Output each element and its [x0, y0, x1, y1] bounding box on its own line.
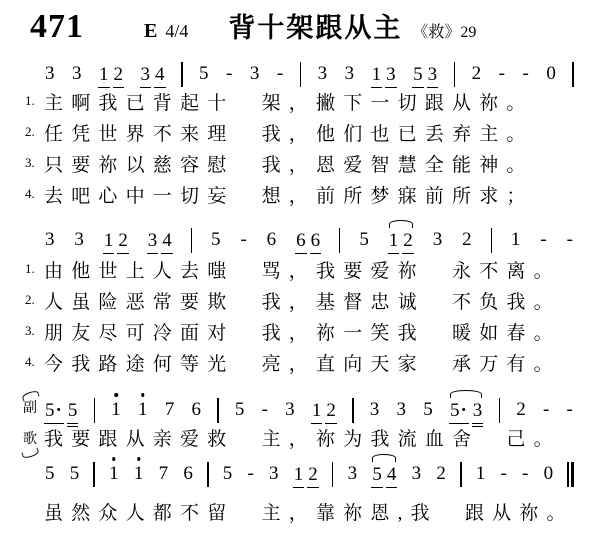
beat-unit [572, 62, 574, 88]
note: 1 [311, 400, 323, 425]
note: 1 [98, 64, 110, 89]
dash: - [498, 63, 506, 88]
note: 3 [147, 230, 159, 255]
beat-unit: - [498, 63, 506, 88]
note: 2 [435, 463, 447, 488]
barline [572, 62, 574, 87]
note: 3 [347, 463, 359, 488]
header: 471 E 4/4 背十架跟从主 《救》29 [30, 6, 588, 46]
verse-number: 2. [25, 292, 35, 308]
barline [491, 228, 493, 253]
beat-unit [499, 398, 501, 424]
note: 1 [371, 64, 383, 89]
rest: 0 [545, 63, 557, 88]
dash: - [539, 229, 547, 254]
beat-unit: 2 [515, 399, 527, 424]
dash: - [566, 399, 574, 424]
note: 3 [432, 229, 444, 254]
beat-unit: - [539, 229, 547, 254]
note: 1 [293, 464, 305, 489]
verse-3-line-1: 3.只要祢以慈容慰 我，恩爱智慧全能神。 [44, 150, 602, 176]
beat-unit: 0 [545, 63, 557, 88]
verse-4-line-2: 4.今我路途何等光 亮，直向天家 承万有。 [44, 349, 602, 375]
lyric-text: 只要祢以慈容慰 我，恩爱智慧全能神。 [44, 155, 534, 176]
beat-unit: 3 [73, 229, 85, 254]
note: 5 [412, 64, 424, 89]
note: 5 [69, 463, 81, 488]
note: 5· [449, 400, 469, 425]
lyric-text: 主啊我已背起十 架，撇下一切跟从祢。 [44, 93, 534, 114]
beat-unit: 5 [234, 399, 246, 424]
note: 6 [182, 463, 194, 488]
beat-unit: 5 [44, 463, 56, 488]
time-signature: 4/4 [165, 21, 188, 42]
verse-1-line-1: 1.主啊我已背起十 架，撇下一切跟从祢。 [44, 88, 602, 114]
dash: - [276, 63, 284, 88]
note: 2 [471, 63, 483, 88]
beat-unit [93, 462, 95, 488]
barline [352, 398, 354, 423]
barline [217, 398, 219, 423]
beat-unit: 0 [543, 463, 555, 488]
note: 3 [44, 63, 56, 88]
beat-unit: - [225, 63, 233, 88]
beat-unit: 3 [396, 399, 408, 424]
note: 5 [44, 463, 56, 488]
music-line-1: 3312345-3-3313532--0 [44, 54, 574, 88]
slur-group: 5·3 [449, 400, 483, 425]
rest: 0 [543, 463, 555, 488]
beat-unit [181, 62, 183, 88]
note: 5 [371, 464, 383, 489]
beat-unit: 3 [284, 399, 296, 424]
note: 2 [117, 230, 129, 255]
barline [339, 228, 341, 253]
barline [499, 398, 501, 423]
note: 3 [249, 63, 261, 88]
note: 5 [67, 400, 79, 425]
note: 3 [71, 63, 83, 88]
barline [207, 462, 209, 487]
note: 6 [266, 229, 278, 254]
dash: - [566, 229, 574, 254]
note: 3 [140, 64, 152, 89]
note: 1 [133, 463, 145, 488]
beat-unit: 5·5 [44, 400, 78, 425]
beat-unit: 6 [190, 399, 202, 424]
barline [94, 398, 96, 423]
beat-unit [454, 62, 456, 88]
note: 1 [510, 229, 522, 254]
beat-unit [339, 228, 341, 254]
note: 5 [358, 229, 370, 254]
beat-unit [94, 398, 96, 424]
beat-unit: 3 [411, 463, 423, 488]
barline [191, 228, 193, 253]
note: 2 [325, 400, 337, 425]
beat-unit [460, 462, 462, 488]
beat-unit: 3 [347, 463, 359, 488]
note: 3 [317, 63, 329, 88]
beat-unit: 5 [198, 63, 210, 88]
beat-unit: 6 [182, 463, 194, 488]
verse-number: 4. [25, 354, 35, 370]
beat-unit: 3 [71, 63, 83, 88]
note: 1 [110, 399, 122, 424]
beat-unit: 1 [137, 399, 149, 424]
beat-unit: - [276, 63, 284, 88]
verse-number: 1. [25, 93, 35, 109]
beat-unit: 5 [358, 229, 370, 254]
verse-number: 3. [25, 155, 35, 171]
beat-unit: 1 [510, 229, 522, 254]
note: 3 [411, 463, 423, 488]
barline [460, 462, 462, 487]
dash: - [521, 63, 529, 88]
beat-unit: - [499, 463, 507, 488]
beat-unit: - [521, 63, 529, 88]
refrain-lyric-line-2: 虽然众人都不留 主，靠祢恩,我 跟从祢。 [44, 498, 602, 524]
beat-unit: 1 [475, 463, 487, 488]
note: 1 [388, 230, 400, 255]
beat-unit: 5 [69, 463, 81, 488]
note: 1 [137, 399, 149, 424]
note: 3 [369, 399, 381, 424]
note: 3 [396, 399, 408, 424]
beat-unit: 12 [103, 230, 129, 255]
dash: - [239, 229, 247, 254]
beat-unit: 1 [110, 399, 122, 424]
beat-unit: 66 [295, 230, 321, 255]
beat-unit [207, 462, 209, 488]
beat-unit: 3 [249, 63, 261, 88]
refrain-music-line-1: 5·511765-3123355·32-- [44, 390, 574, 424]
beat-unit [352, 398, 354, 424]
beat-unit: 3 [369, 399, 381, 424]
slur-group: 54 [371, 464, 397, 489]
note: 3 [427, 64, 439, 89]
beat-unit [191, 228, 193, 254]
note: 5 [222, 463, 234, 488]
dash: - [246, 463, 254, 488]
beat-unit: 5 [222, 463, 234, 488]
hymn-number: 471 [30, 8, 84, 46]
beat-unit: 12 [98, 64, 124, 89]
beat-unit: 13 [371, 64, 397, 89]
note: 2 [515, 399, 527, 424]
beat-unit: 1 [108, 463, 120, 488]
beat-unit: - [566, 399, 574, 424]
lyric-text: 人虽险恶常要欺 我，基督忠诚 不负我。 [44, 292, 561, 313]
note: 3 [73, 229, 85, 254]
beat-unit: 3 [268, 463, 280, 488]
note: 1 [475, 463, 487, 488]
note: 5· [44, 400, 64, 425]
beat-unit [300, 62, 302, 88]
barline [181, 62, 183, 87]
final-barline [567, 462, 574, 487]
note: 5 [234, 399, 246, 424]
beat-unit: 6 [266, 229, 278, 254]
note: 5 [422, 399, 434, 424]
beat-unit: - [261, 399, 269, 424]
source-reference: 《救》29 [412, 19, 476, 42]
lyric-text: 今我路途何等光 亮，直向天家 承万有。 [44, 354, 561, 375]
verse-number: 2. [25, 124, 35, 140]
verse-2-line-1: 2.任凭世界不来理 我，他们也已丢弃主。 [44, 119, 602, 145]
hymn-sheet-page: 471 E 4/4 背十架跟从主 《救》29 3312345-3-3313532… [0, 0, 608, 536]
note: 2 [402, 230, 414, 255]
lyric-text: 由他世上人去嗤 骂，我要爱祢 永不离。 [44, 261, 561, 282]
beat-unit: - [521, 463, 529, 488]
beat-unit: - [566, 229, 574, 254]
hymn-title: 背十架跟从主 [228, 6, 402, 45]
lyric-text: 我要跟从亲爱救 主，祢为我流血舍 己。 [44, 429, 561, 450]
beat-unit: 2 [435, 463, 447, 488]
note: 7 [158, 463, 170, 488]
note: 2 [113, 64, 125, 89]
dash: - [499, 463, 507, 488]
lyric-text: 朋友尽可冷面对 我，祢一笑我 暖如春。 [44, 323, 561, 344]
beat-unit: 3 [44, 63, 56, 88]
refrain-marker: 副 歌 [19, 392, 41, 457]
beat-unit [491, 228, 493, 254]
verse-1-line-2: 1.由他世上人去嗤 骂，我要爱祢 永不离。 [44, 256, 602, 282]
beat-unit: 7 [164, 399, 176, 424]
note: 3 [268, 463, 280, 488]
augmentation-dot: · [56, 400, 62, 421]
beat-unit: - [239, 229, 247, 254]
note: 1 [108, 463, 120, 488]
beat-unit: 3 [344, 63, 356, 88]
barline [300, 62, 302, 87]
barline [332, 462, 334, 487]
note: 3 [344, 63, 356, 88]
refrain-lyric-line-1: 我要跟从亲爱救 主，祢为我流血舍 己。 [44, 424, 602, 450]
beat-unit: 1 [133, 463, 145, 488]
note: 4 [386, 464, 398, 489]
beat-unit [567, 462, 574, 488]
verse-number: 4. [25, 186, 35, 202]
beat-unit: 53 [412, 64, 438, 89]
note: 3 [472, 400, 484, 425]
beat-unit: 3 [44, 229, 56, 254]
beat-unit: 5 [210, 229, 222, 254]
dash: - [521, 463, 529, 488]
verse-4-line-1: 4.去吧心中一切妄 想，前所梦寐前所求； [44, 181, 602, 207]
note: 5 [210, 229, 222, 254]
beat-unit: 3 [432, 229, 444, 254]
beat-unit: 2 [461, 229, 473, 254]
note: 4 [161, 230, 173, 255]
key-signature: E [144, 20, 157, 43]
note: 4 [154, 64, 166, 89]
refrain-marker-top: 副 [23, 401, 37, 417]
refrain-marker-bottom: 歌 [23, 432, 37, 448]
note: 7 [164, 399, 176, 424]
refrain-music-line-2: 5511765-312354321--0 [44, 454, 574, 488]
lyric-text: 去吧心中一切妄 想，前所梦寐前所求； [44, 186, 534, 207]
beat-unit: 34 [140, 64, 166, 89]
verse-2-line-2: 2.人虽险恶常要欺 我，基督忠诚 不负我。 [44, 287, 602, 313]
note: 2 [461, 229, 473, 254]
beat-unit: - [246, 463, 254, 488]
note: 6 [310, 230, 322, 255]
music-line-2: 3312345-666512321-- [44, 220, 574, 254]
beat-unit: 7 [158, 463, 170, 488]
note: 2 [307, 464, 319, 489]
dash: - [225, 63, 233, 88]
beat-unit: - [542, 399, 550, 424]
beat-unit: 3 [317, 63, 329, 88]
lyric-text: 任凭世界不来理 我，他们也已丢弃主。 [44, 124, 534, 145]
verse-number: 3. [25, 323, 35, 339]
note: 6 [295, 230, 307, 255]
dash: - [261, 399, 269, 424]
note: 3 [284, 399, 296, 424]
slur-group: 12 [388, 230, 414, 255]
beat-unit: 12 [293, 464, 319, 489]
beat-unit: 5 [422, 399, 434, 424]
note: 6 [190, 399, 202, 424]
barline [454, 62, 456, 87]
note: 5 [198, 63, 210, 88]
note: 3 [385, 64, 397, 89]
dash: - [542, 399, 550, 424]
note: 3 [44, 229, 56, 254]
verse-number: 1. [25, 261, 35, 277]
beat-unit: 34 [147, 230, 173, 255]
note: 1 [103, 230, 115, 255]
beat-unit: 2 [471, 63, 483, 88]
beat-unit [332, 462, 334, 488]
beat-unit [217, 398, 219, 424]
augmentation-dot: · [460, 400, 466, 421]
lyric-text: 虽然众人都不留 主，靠祢恩,我 跟从祢。 [44, 503, 574, 524]
beat-unit: 12 [311, 400, 337, 425]
barline [93, 462, 95, 487]
verse-3-line-2: 3.朋友尽可冷面对 我，祢一笑我 暖如春。 [44, 318, 602, 344]
